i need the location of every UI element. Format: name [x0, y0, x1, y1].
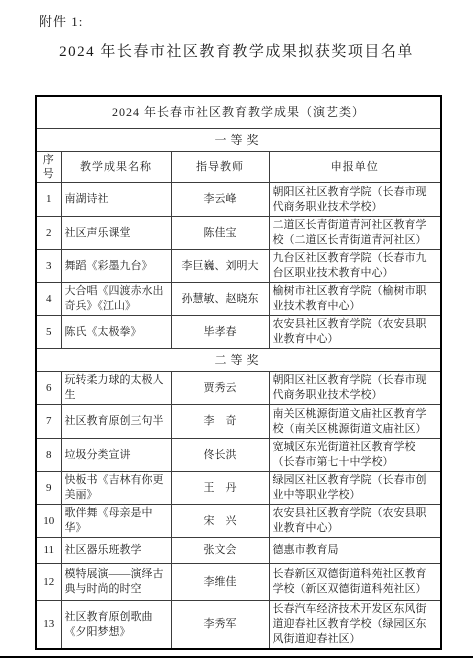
teacher-cell: 张文会	[171, 538, 269, 564]
teacher-cell: 孙慧敏、赵晓东	[171, 283, 269, 316]
unit-cell: 绿园区社区教育学院（长春市创业中等职业学校）	[269, 472, 441, 505]
unit-cell: 德惠市教育局	[269, 538, 441, 564]
table-row: 7社区教育原创三句半李 奇南关区桃源街道文庙社区教育学校（南关区桃源街道文庙社区…	[36, 405, 441, 439]
table-row: 13社区教育原创歌曲《夕阳梦想》李秀军长春汽车经济技术开发区东风街道迎春社区教育…	[36, 601, 441, 650]
row-no-cell: 4	[36, 283, 61, 316]
row-no-cell: 1	[36, 183, 61, 217]
table-title-row: 2024 年长春市社区教育教学成果（演艺类）	[36, 96, 441, 129]
unit-cell: 九台区社区教育学院（长春市九台区职业技术教育中心）	[269, 250, 441, 283]
unit-cell: 榆树市社区教育学院（榆树市职业技术教育中心）	[269, 283, 441, 316]
row-no-cell: 6	[36, 372, 61, 405]
document-title: 2024 年长春市社区教育教学成果拟获奖项目名单	[0, 40, 473, 61]
column-header: 教学成果名称	[61, 152, 171, 183]
teacher-cell: 李秀军	[171, 601, 269, 650]
achievement-name-cell: 垃圾分类宣讲	[61, 439, 171, 472]
teacher-cell: 贾秀云	[171, 372, 269, 405]
unit-cell: 长春新区双德街道科苑社区教育学校（新区双德街道科苑社区）	[269, 564, 441, 601]
achievement-name-cell: 歌伴舞《母亲是中华》	[61, 505, 171, 538]
teacher-cell: 李云峰	[171, 183, 269, 217]
column-header: 序号	[36, 152, 61, 183]
table-title: 2024 年长春市社区教育教学成果（演艺类）	[36, 96, 441, 129]
row-no-cell: 12	[36, 564, 61, 601]
teacher-cell: 李 奇	[171, 405, 269, 439]
unit-cell: 二道区长青街道青河社区教育学校（二道区长青街道青河社区）	[269, 217, 441, 250]
document-page: 附件 1: 2024 年长春市社区教育教学成果拟获奖项目名单 2024 年长春市…	[0, 0, 473, 665]
award-section-row: 二等奖	[36, 349, 441, 372]
table-row: 6玩转柔力球的太极人生贾秀云朝阳区社区教育学院（长春市现代商务职业技术学校）	[36, 372, 441, 405]
table-row: 9快板书《吉林有你更美丽》王 丹绿园区社区教育学院（长春市创业中等职业学校）	[36, 472, 441, 505]
award-section-row: 一等奖	[36, 129, 441, 152]
teacher-cell: 李巨巍、刘明大	[171, 250, 269, 283]
next-table-top-border	[0, 656, 473, 658]
achievement-name-cell: 社区教育原创三句半	[61, 405, 171, 439]
row-no-cell: 9	[36, 472, 61, 505]
unit-cell: 农安县社区教育学院（农安县职业教育中心）	[269, 505, 441, 538]
unit-cell: 宽城区东光街道社区教育学校（长春市第七十中学校）	[269, 439, 441, 472]
teacher-cell: 王 丹	[171, 472, 269, 505]
table-row: 2社区声乐课堂陈佳宝二道区长青街道青河社区教育学校（二道区长青街道青河社区）	[36, 217, 441, 250]
row-no-cell: 2	[36, 217, 61, 250]
row-no-cell: 5	[36, 316, 61, 349]
achievement-name-cell: 玩转柔力球的太极人生	[61, 372, 171, 405]
table-row: 3舞蹈《彩墨九台》李巨巍、刘明大九台区社区教育学院（长春市九台区职业技术教育中心…	[36, 250, 441, 283]
row-no-cell: 7	[36, 405, 61, 439]
table-row: 11社区器乐班教学张文会德惠市教育局	[36, 538, 441, 564]
column-header: 指导教师	[171, 152, 269, 183]
row-no-cell: 8	[36, 439, 61, 472]
award-section-label: 二等奖	[36, 349, 441, 372]
achievement-name-cell: 快板书《吉林有你更美丽》	[61, 472, 171, 505]
achievement-name-cell: 南湖诗社	[61, 183, 171, 217]
achievement-name-cell: 陈氏《太极拳》	[61, 316, 171, 349]
teacher-cell: 毕孝春	[171, 316, 269, 349]
achievement-name-cell: 社区声乐课堂	[61, 217, 171, 250]
row-no-cell: 10	[36, 505, 61, 538]
table-row: 4大合唱《四渡赤水出奇兵》《江山》孙慧敏、赵晓东榆树市社区教育学院（榆树市职业技…	[36, 283, 441, 316]
row-no-cell: 13	[36, 601, 61, 650]
unit-cell: 农安县社区教育学院（农安县职业教育中心）	[269, 316, 441, 349]
achievement-name-cell: 社区器乐班教学	[61, 538, 171, 564]
unit-cell: 朝阳区社区教育学院（长春市现代商务职业技术学校）	[269, 372, 441, 405]
column-header: 申报单位	[269, 152, 441, 183]
unit-cell: 长春汽车经济技术开发区东风街道迎春社区教育学校（绿园区东风街道迎春社区）	[269, 601, 441, 650]
unit-cell: 南关区桃源街道文庙社区教育学校（南关区桃源街道文庙社区）	[269, 405, 441, 439]
teacher-cell: 宋 兴	[171, 505, 269, 538]
teacher-cell: 陈佳宝	[171, 217, 269, 250]
achievement-name-cell: 舞蹈《彩墨九台》	[61, 250, 171, 283]
teacher-cell: 李维佳	[171, 564, 269, 601]
achievement-name-cell: 社区教育原创歌曲《夕阳梦想》	[61, 601, 171, 650]
achievement-name-cell: 大合唱《四渡赤水出奇兵》《江山》	[61, 283, 171, 316]
table-row: 8垃圾分类宣讲佟长洪宽城区东光街道社区教育学校（长春市第七十中学校）	[36, 439, 441, 472]
achievement-name-cell: 模特展演——演绎古典与时尚的时空	[61, 564, 171, 601]
table-row: 10歌伴舞《母亲是中华》宋 兴农安县社区教育学院（农安县职业教育中心）	[36, 505, 441, 538]
table-row: 12模特展演——演绎古典与时尚的时空李维佳长春新区双德街道科苑社区教育学校（新区…	[36, 564, 441, 601]
attachment-label: 附件 1:	[39, 11, 83, 30]
table-row: 1南湖诗社李云峰朝阳区社区教育学院（长春市现代商务职业技术学校）	[36, 183, 441, 217]
award-section-label: 一等奖	[36, 129, 441, 152]
table-header-row: 序号教学成果名称指导教师申报单位	[36, 152, 441, 183]
award-table: 2024 年长春市社区教育教学成果（演艺类） 一等奖序号教学成果名称指导教师申报…	[35, 95, 442, 650]
unit-cell: 朝阳区社区教育学院（长春市现代商务职业技术学校）	[269, 183, 441, 217]
teacher-cell: 佟长洪	[171, 439, 269, 472]
row-no-cell: 3	[36, 250, 61, 283]
row-no-cell: 11	[36, 538, 61, 564]
table-row: 5陈氏《太极拳》毕孝春农安县社区教育学院（农安县职业教育中心）	[36, 316, 441, 349]
